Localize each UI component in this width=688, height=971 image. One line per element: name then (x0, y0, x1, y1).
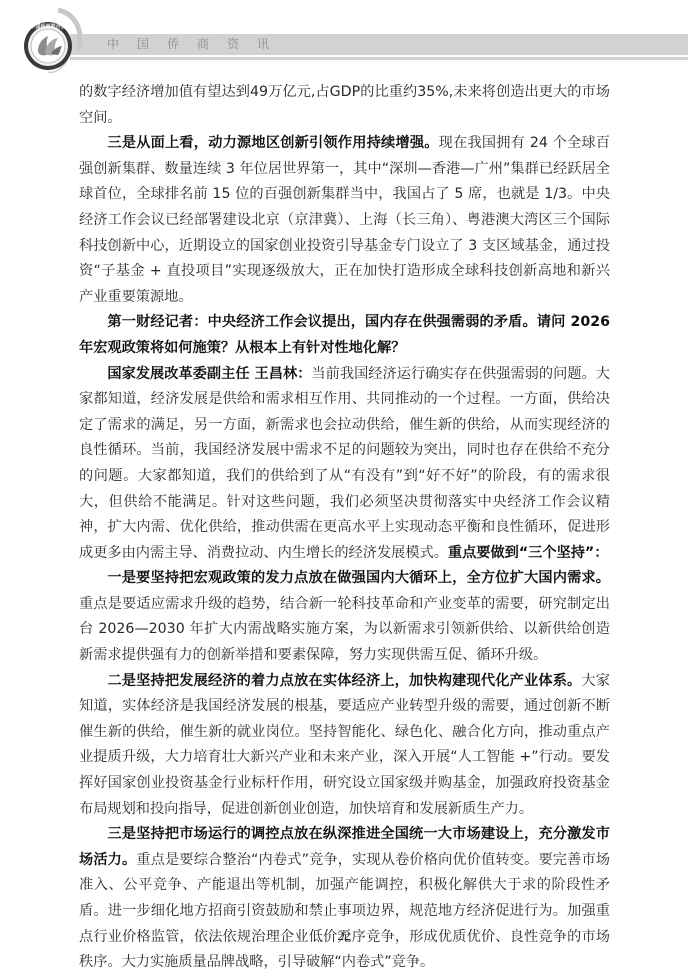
article-paragraph: 一是要坚持把宏观政策的发力点放在做强国内大循环上，全方位扩大国内需求。重点是要适… (79, 566, 610, 668)
page-number: 22 (0, 928, 688, 944)
bold-text: 一是要坚持把宏观政策的发力点放在做强国内大循环上，全方位扩大国内需求。 (107, 570, 610, 586)
bold-text: 国家发展改革委副主任 王昌林： (107, 366, 311, 382)
bold-text: 三是从面上看，动力源地区创新引领作用持续增强。 (107, 135, 438, 151)
association-logo-icon: 中国侨商联合会 (18, 6, 86, 74)
publication-title: 中国侨商资讯 (107, 36, 287, 53)
article-body: 的数字经济增加值有望达到49万亿元,占GDP的比重约35%,未来将创造出更大的市… (79, 80, 610, 971)
article-paragraph: 三是从面上看，动力源地区创新引领作用持续增强。现在我国拥有 24 个全球百强创新… (79, 131, 610, 310)
body-text: 的数字经济增加值有望达到49万亿元,占GDP的比重约35%,未来将创造出更大的市… (79, 84, 610, 126)
bold-text: 第一财经记者：中央经济工作会议提出，国内存在供强需弱的矛盾。请问 2026 年宏… (79, 314, 610, 356)
article-paragraph: 的数字经济增加值有望达到49万亿元,占GDP的比重约35%,未来将创造出更大的市… (79, 80, 610, 131)
header-rule (70, 57, 688, 60)
body-text: 重点是要适应需求升级的趋势，结合新一轮科技革命和产业变革的需要，研究制定出台 2… (79, 596, 610, 663)
article-paragraph: 国家发展改革委副主任 王昌林：当前我国经济运行确实存在供强需弱的问题。大家都知道… (79, 362, 610, 567)
article-paragraph: 第一财经记者：中央经济工作会议提出，国内存在供强需弱的矛盾。请问 2026 年宏… (79, 310, 610, 361)
body-text: 重点是要综合整治“内卷式”竞争，实现从卷价格向优价值转变。要完善市场准入、公平竞… (79, 852, 610, 970)
article-paragraph: 二是坚持把发展经济的着力点放在实体经济上，加快构建现代化产业体系。大家知道，实体… (79, 669, 610, 823)
svg-text:中国侨商联合会: 中国侨商联合会 (30, 23, 65, 30)
article-paragraph: 三是坚持把市场运行的调控点放在纵深推进全国统一大市场建设上，充分激发市场活力。重… (79, 822, 610, 971)
body-text: 现在我国拥有 24 个全球百强创新集群、数量连续 3 年位居世界第一，其中“深圳… (79, 135, 610, 305)
bold-text: 重点要做到“三个坚持”： (448, 545, 609, 561)
body-text: 当前我国经济运行确实存在供强需弱的问题。大家都知道，经济发展是供给和需求相互作用… (79, 366, 610, 561)
body-text: 大家知道，实体经济是我国经济发展的根基，要适应产业转型升级的需要，通过创新不断催… (79, 673, 610, 817)
bold-text: 二是坚持把发展经济的着力点放在实体经济上，加快构建现代化产业体系。 (107, 673, 581, 689)
